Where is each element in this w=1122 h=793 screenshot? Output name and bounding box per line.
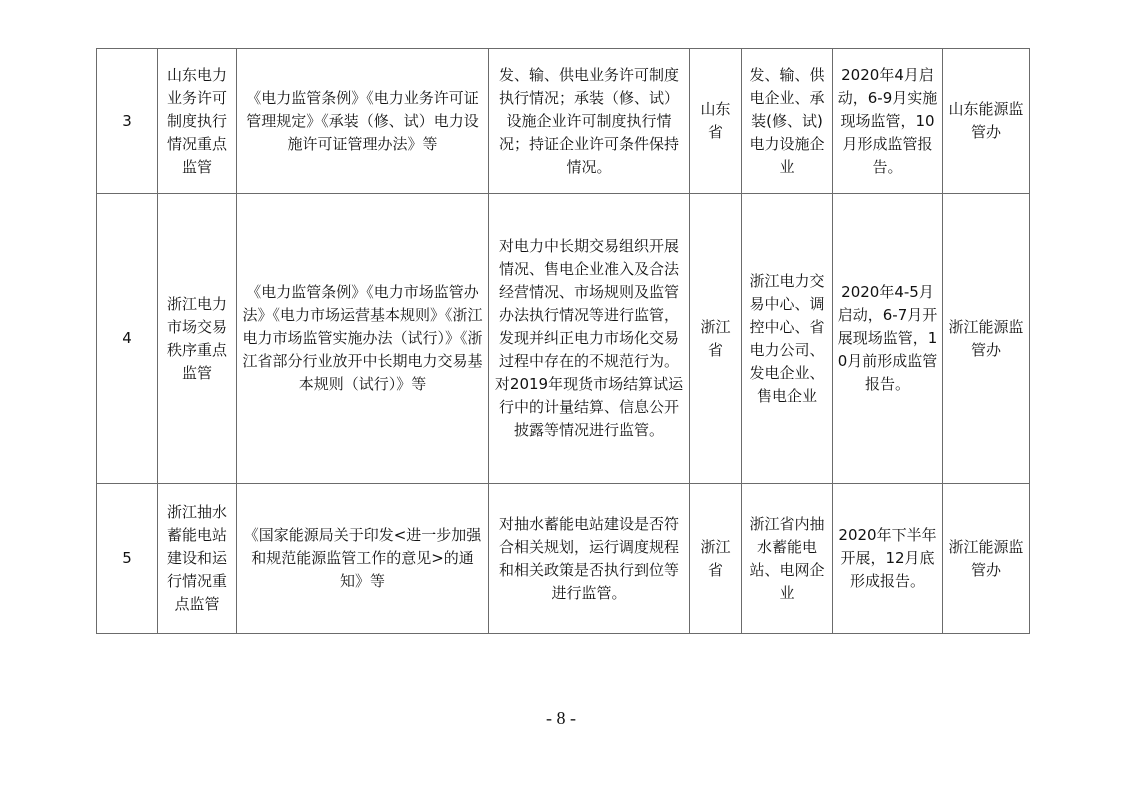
- responsible-office: 浙江能源监管办: [943, 484, 1030, 634]
- supervised-targets: 浙江电力交易中心、调控中心、省电力公司、发电企业、售电企业: [742, 194, 833, 484]
- supervision-item: 山东电力业务许可制度执行情况重点监管: [158, 49, 237, 194]
- region: 浙江省: [690, 194, 742, 484]
- supervision-content: 对抽水蓄能电站建设是否符合相关规划，运行调度规程和相关政策是否执行到位等进行监管…: [489, 484, 690, 634]
- supervision-content: 发、输、供电业务许可制度执行情况；承装（修、试）设施企业许可制度执行情况；持证企…: [489, 49, 690, 194]
- schedule: 2020年4月启动，6-9月实施现场监管，10月形成监管报告。: [833, 49, 943, 194]
- row-index: 4: [97, 194, 158, 484]
- supervision-item: 浙江电力市场交易秩序重点监管: [158, 194, 237, 484]
- legal-basis: 《电力监管条例》《电力市场监管办法》《电力市场运营基本规则》《浙江电力市场监管实…: [237, 194, 489, 484]
- responsible-office: 浙江能源监管办: [943, 194, 1030, 484]
- row-index: 3: [97, 49, 158, 194]
- supervised-targets: 浙江省内抽水蓄能电站、电网企业: [742, 484, 833, 634]
- table-row: 4 浙江电力市场交易秩序重点监管 《电力监管条例》《电力市场监管办法》《电力市场…: [97, 194, 1030, 484]
- legal-basis: 《电力监管条例》《电力业务许可证管理规定》《承装（修、试）电力设施许可证管理办法…: [237, 49, 489, 194]
- region: 浙江省: [690, 484, 742, 634]
- region: 山东省: [690, 49, 742, 194]
- row-index: 5: [97, 484, 158, 634]
- schedule: 2020年下半年开展，12月底形成报告。: [833, 484, 943, 634]
- page-number: - 8 -: [0, 708, 1122, 729]
- table-row: 3 山东电力业务许可制度执行情况重点监管 《电力监管条例》《电力业务许可证管理规…: [97, 49, 1030, 194]
- table-row: 5 浙江抽水蓄能电站建设和运行情况重点监管 《国家能源局关于印发<进一步加强和规…: [97, 484, 1030, 634]
- supervision-plan-table: 3 山东电力业务许可制度执行情况重点监管 《电力监管条例》《电力业务许可证管理规…: [96, 48, 1030, 634]
- supervision-item: 浙江抽水蓄能电站建设和运行情况重点监管: [158, 484, 237, 634]
- schedule: 2020年4-5月启动，6-7月开展现场监管，10月前形成监管报告。: [833, 194, 943, 484]
- responsible-office: 山东能源监管办: [943, 49, 1030, 194]
- supervision-content: 对电力中长期交易组织开展情况、售电企业准入及合法经营情况、市场规则及监管办法执行…: [489, 194, 690, 484]
- supervised-targets: 发、输、供电企业、承装(修、试)电力设施企业: [742, 49, 833, 194]
- legal-basis: 《国家能源局关于印发<进一步加强和规范能源监管工作的意见>的通知》等: [237, 484, 489, 634]
